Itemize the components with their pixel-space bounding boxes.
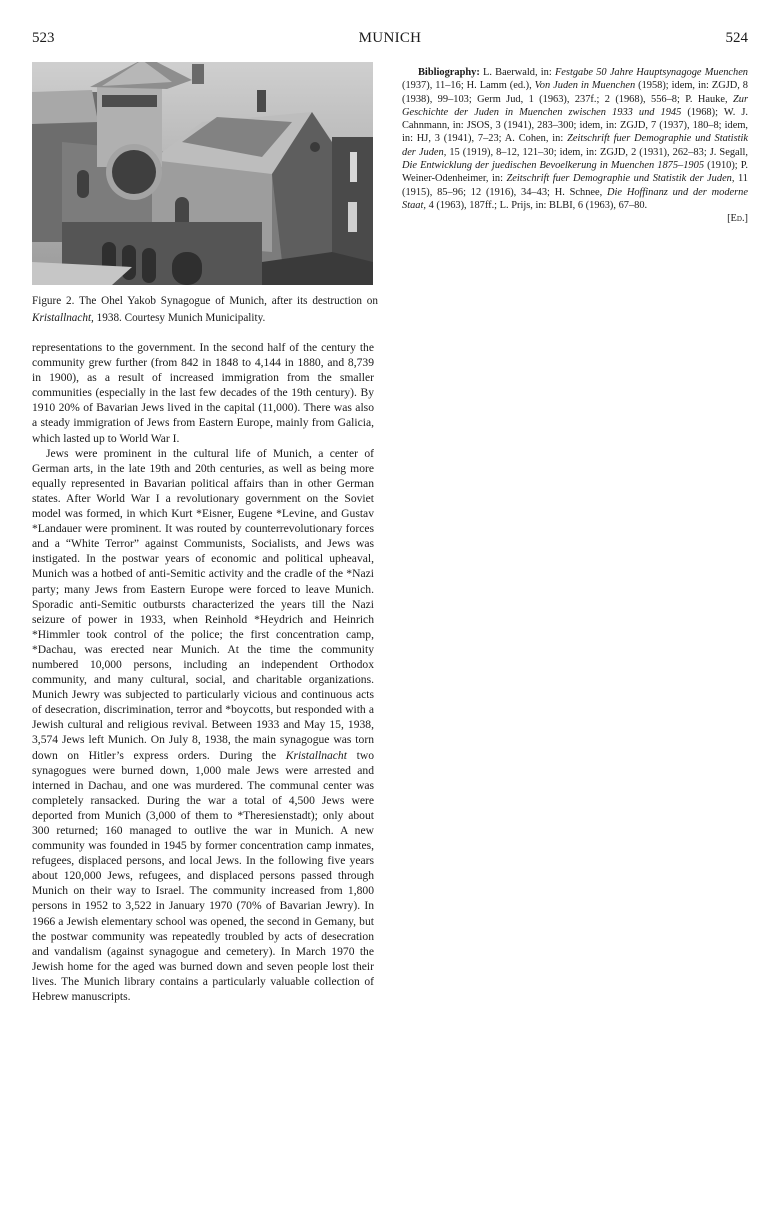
bibliography-title: Die Entwicklung der juedischen Bevoelker… [402, 160, 704, 171]
page-number-right: 524 [726, 30, 749, 47]
caption-text-end: 1938. Courtesy Munich Municipality. [94, 312, 265, 324]
paragraph: Jews were prominent in the cultural life… [32, 446, 374, 1004]
bibliography-entries: L. Baerwald, in: Festgabe 50 Jahre Haupt… [402, 67, 748, 211]
article-body: representations to the government. In th… [32, 340, 374, 1004]
synagogue-photo [32, 62, 373, 285]
caption-italic: Kristallnacht, [32, 312, 94, 324]
bibliography-citation: 4 (1963), 187ff.; L. Prijs, in: BLBI, 6 … [426, 200, 647, 211]
bibliography-text: Bibliography: L. Baerwald, in: Festgabe … [402, 66, 748, 212]
paragraph-text-end: two synagogues were burned down, 1,000 m… [32, 749, 374, 1004]
paragraph-text: Jews were prominent in the cultural life… [32, 447, 374, 762]
editor-mark: [Ed.] [402, 212, 748, 225]
bibliography-citation: L. Baerwald, in: [480, 67, 555, 78]
bibliography-title: Zeitschrift fuer Demographie und Statist… [507, 173, 735, 184]
bibliography: Bibliography: L. Baerwald, in: Festgabe … [402, 66, 748, 226]
bibliography-citation: (1937), 11–16; H. Lamm (ed.), [402, 80, 535, 91]
figure-caption: Figure 2. The Ohel Yakob Synagogue of Mu… [32, 293, 378, 326]
page-title: MUNICH [32, 30, 748, 47]
bibliography-citation: 15 (1919), 8–12, 121–30; idem, in: ZGJD,… [446, 147, 748, 158]
synagogue-photo-illustration [32, 62, 373, 285]
caption-text: Figure 2. The Ohel Yakob Synagogue of Mu… [32, 295, 378, 307]
bibliography-label: Bibliography: [418, 67, 480, 78]
paragraph: representations to the government. In th… [32, 340, 374, 446]
running-head: 523 MUNICH 524 [32, 30, 748, 50]
kristallnacht-italic: Kristallnacht [286, 749, 347, 762]
bibliography-title: Festgabe 50 Jahre Hauptsynagoge Muenchen [555, 67, 748, 78]
bibliography-title: Von Juden in Muenchen [535, 80, 636, 91]
